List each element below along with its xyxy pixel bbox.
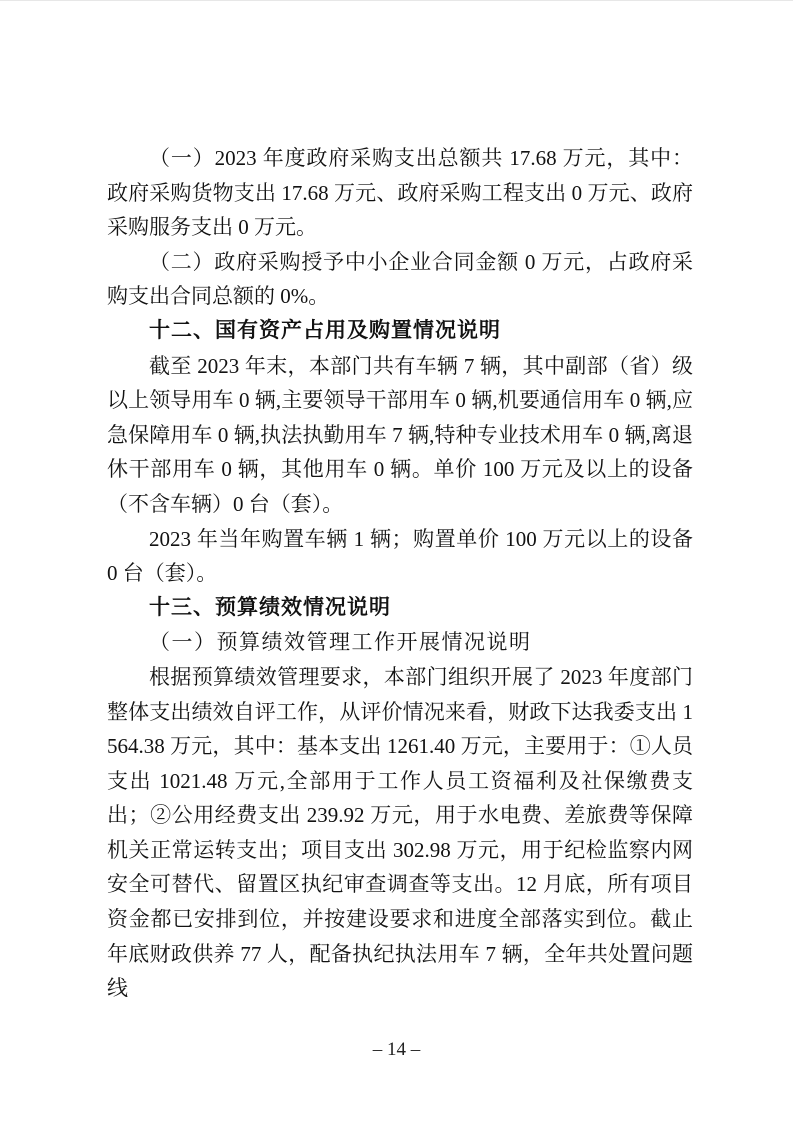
heading-section-12-state-assets: 十二、国有资产占用及购置情况说明 <box>107 314 693 349</box>
document-page: （一）2023 年度政府采购支出总额共 17.68 万元，其中：政府采购货物支出… <box>0 0 793 1122</box>
document-content: （一）2023 年度政府采购支出总额共 17.68 万元，其中：政府采购货物支出… <box>107 141 693 1006</box>
para-vehicles-and-equipment: 截至 2023 年末，本部门共有车辆 7 辆，其中副部（省）级以上领导用车 0 … <box>107 349 693 522</box>
page-top-edge-divider <box>0 0 793 1</box>
para-procurement-total: （一）2023 年度政府采购支出总额共 17.68 万元，其中：政府采购货物支出… <box>107 141 693 245</box>
heading-section-13-budget-performance: 十三、预算绩效情况说明 <box>107 591 693 626</box>
page-footer: – 14 – <box>0 1038 793 1062</box>
para-procurement-sme-contracts: （二）政府采购授予中小企业合同金额 0 万元，占政府采购支出合同总额的 0%。 <box>107 245 693 314</box>
page-number: – 14 – <box>373 1039 421 1060</box>
para-2023-vehicle-purchase: 2023 年当年购置车辆 1 辆；购置单价 100 万元以上的设备 0 台（套）… <box>107 522 693 591</box>
subheading-performance-management-work: （一）预算绩效管理工作开展情况说明 <box>107 625 693 660</box>
para-performance-self-evaluation: 根据预算绩效管理要求，本部门组织开展了 2023 年度部门整体支出绩效自评工作，… <box>107 660 693 1006</box>
